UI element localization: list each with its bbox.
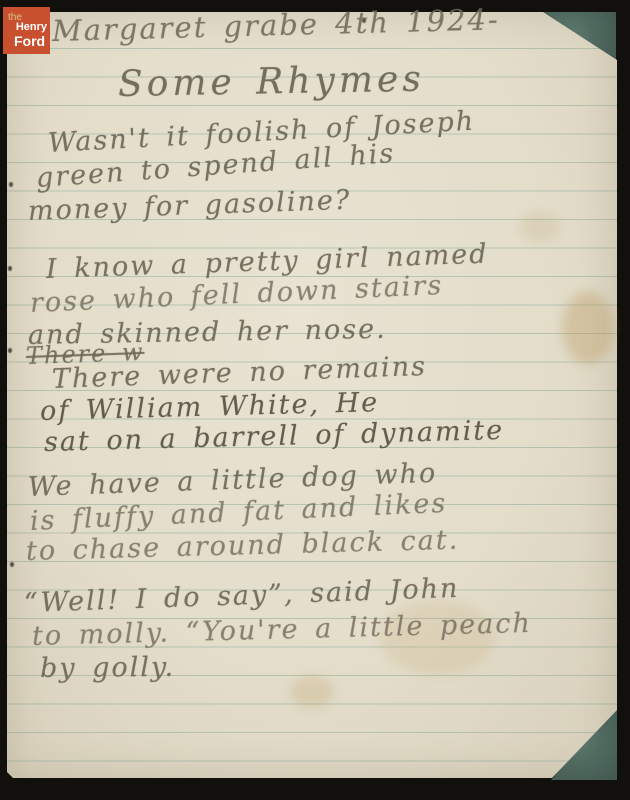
paper-stain — [562, 292, 614, 364]
scanned-notebook-photo: Margaret grabe 4th 1924- Some Rhymes Was… — [0, 0, 630, 800]
page-title: Some Rhymes — [118, 59, 425, 105]
logo-text-henry: Henry — [16, 22, 47, 33]
binding-speck — [10, 562, 14, 567]
museum-logo: the Henry Ford — [3, 7, 50, 54]
binding-speck — [8, 348, 12, 353]
binding-speck — [8, 266, 12, 271]
paper-stain — [520, 212, 560, 242]
rhyme-5-line-3: by golly. — [40, 652, 175, 684]
binding-speck — [9, 182, 13, 187]
logo-text-ford: Ford — [14, 34, 45, 48]
paper-stain — [290, 676, 334, 708]
